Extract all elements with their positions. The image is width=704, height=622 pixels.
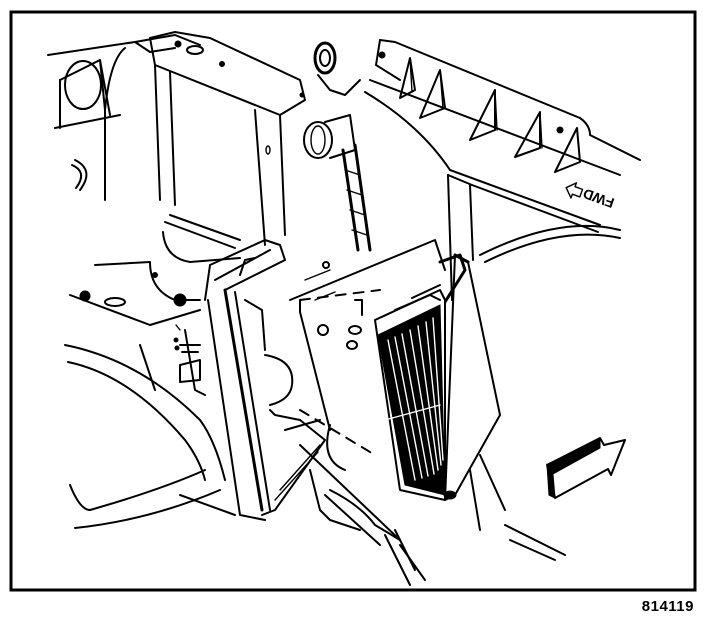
control-module (375, 255, 500, 500)
module-installation-diagram: FWD (0, 0, 704, 622)
floor-panel (65, 291, 565, 585)
forward-arrow-outline-icon (563, 180, 584, 201)
fwd-label: FWD (581, 185, 616, 211)
central-support-box (95, 32, 305, 300)
fwd-direction-marker: FWD (563, 179, 616, 212)
upper-left-panel (48, 35, 200, 200)
ribbed-upper-rail (365, 40, 640, 300)
figure-number: 814119 (642, 598, 694, 615)
retainer-clip (174, 325, 205, 395)
module-mounting-bracket (205, 240, 325, 520)
wiring-harness-conduit (480, 226, 620, 262)
install-direction-arrow-icon (547, 438, 625, 498)
grommet-and-conduit (304, 43, 370, 250)
